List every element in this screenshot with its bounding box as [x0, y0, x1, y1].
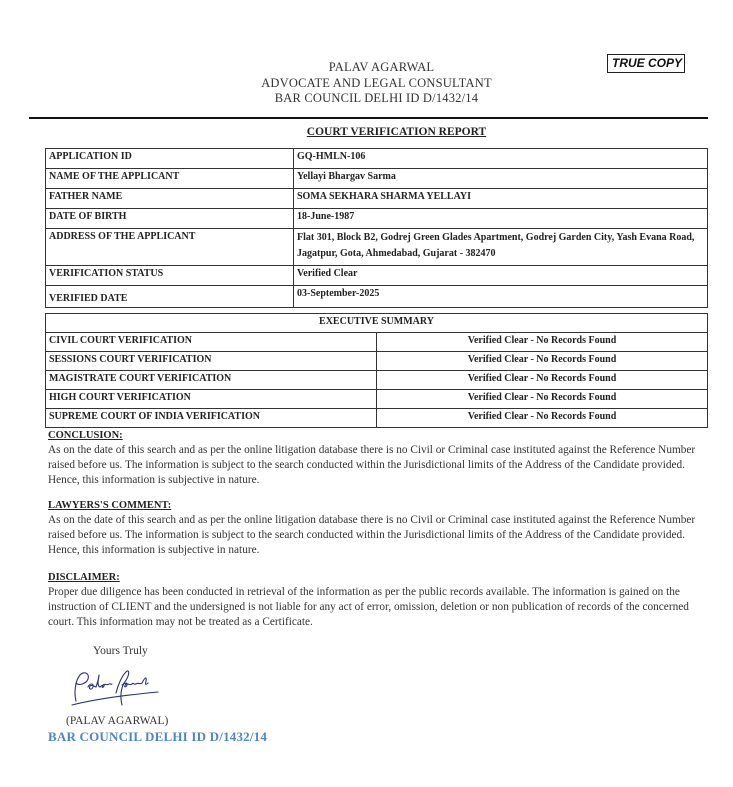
table-row: FATHER NAME SOMA SEKHARA SHARMA YELLAYI	[46, 189, 708, 209]
row-label: ADDRESS OF THE APPLICANT	[46, 229, 294, 266]
signer-name: (PALAV AGARWAL)	[66, 715, 168, 727]
row-label: HIGH COURT VERIFICATION	[46, 390, 377, 409]
row-label: SESSIONS COURT VERIFICATION	[46, 352, 377, 371]
signature-icon	[66, 665, 166, 710]
row-label: MAGISTRATE COURT VERIFICATION	[46, 371, 377, 390]
address-value: Flat 301, Block B2, Godrej Green Glades …	[294, 229, 708, 266]
executive-summary-title: EXECUTIVE SUMMARY	[46, 314, 708, 333]
bar-council-id: BAR COUNCIL DELHI ID D/1432/14	[0, 91, 733, 107]
table-row: CIVIL COURT VERIFICATION Verified Clear …	[46, 333, 708, 352]
row-value: Verified Clear - No Records Found	[377, 409, 708, 428]
row-label: FATHER NAME	[46, 189, 294, 209]
date-of-birth-value: 18-June-1987	[294, 209, 708, 229]
row-value: Verified Clear - No Records Found	[377, 390, 708, 409]
table-row: DATE OF BIRTH 18-June-1987	[46, 209, 708, 229]
table-row: MAGISTRATE COURT VERIFICATION Verified C…	[46, 371, 708, 390]
row-label: CIVIL COURT VERIFICATION	[46, 333, 377, 352]
row-label: NAME OF THE APPLICANT	[46, 169, 294, 189]
row-label: VERIFIED DATE	[46, 286, 294, 308]
report-title: COURT VERIFICATION REPORT	[0, 126, 733, 138]
conclusion-heading: CONCLUSION:	[48, 430, 708, 441]
disclaimer-section: DISCLAIMER: Proper due diligence has bee…	[48, 572, 708, 631]
conclusion-text: As on the date of this search and as per…	[48, 443, 708, 489]
table-row: VERIFICATION STATUS Verified Clear	[46, 266, 708, 286]
father-name-value: SOMA SEKHARA SHARMA YELLAYI	[294, 189, 708, 209]
lawyers-comment-section: LAWYERS'S COMMENT: As on the date of thi…	[48, 500, 708, 559]
executive-summary-table: EXECUTIVE SUMMARY CIVIL COURT VERIFICATI…	[45, 313, 708, 428]
row-label: APPLICATION ID	[46, 149, 294, 169]
row-value: Verified Clear - No Records Found	[377, 333, 708, 352]
header-divider	[29, 117, 708, 119]
applicant-details-table: APPLICATION ID GQ-HMLN-106 NAME OF THE A…	[45, 148, 708, 308]
row-value: Verified Clear - No Records Found	[377, 352, 708, 371]
table-row: NAME OF THE APPLICANT Yellayi Bhargav Sa…	[46, 169, 708, 189]
disclaimer-heading: DISCLAIMER:	[48, 572, 708, 583]
lawyers-comment-text: As on the date of this search and as per…	[48, 513, 708, 559]
true-copy-stamp: TRUE COPY	[607, 54, 685, 73]
row-label: SUPREME COURT OF INDIA VERIFICATION	[46, 409, 377, 428]
disclaimer-text: Proper due diligence has been conducted …	[48, 585, 708, 631]
table-row: HIGH COURT VERIFICATION Verified Clear -…	[46, 390, 708, 409]
conclusion-section: CONCLUSION: As on the date of this searc…	[48, 430, 708, 489]
lawyers-comment-heading: LAWYERS'S COMMENT:	[48, 500, 708, 511]
table-row: ADDRESS OF THE APPLICANT Flat 301, Block…	[46, 229, 708, 266]
application-id-value: GQ-HMLN-106	[294, 149, 708, 169]
applicant-name-value: Yellayi Bhargav Sarma	[294, 169, 708, 189]
table-row: VERIFIED DATE 03-September-2025	[46, 286, 708, 308]
row-label: VERIFICATION STATUS	[46, 266, 294, 286]
verification-status-value: Verified Clear	[294, 266, 708, 286]
row-value: Verified Clear - No Records Found	[377, 371, 708, 390]
table-row: APPLICATION ID GQ-HMLN-106	[46, 149, 708, 169]
table-row: SUPREME COURT OF INDIA VERIFICATION Veri…	[46, 409, 708, 428]
row-label: DATE OF BIRTH	[46, 209, 294, 229]
closing-salutation: Yours Truly	[93, 645, 148, 657]
verified-date-value: 03-September-2025	[294, 286, 708, 308]
signer-bar-council-id: BAR COUNCIL DELHI ID D/1432/14	[48, 729, 267, 745]
advocate-designation: ADVOCATE AND LEGAL CONSULTANT	[0, 76, 733, 92]
table-row: SESSIONS COURT VERIFICATION Verified Cle…	[46, 352, 708, 371]
table-header-row: EXECUTIVE SUMMARY	[46, 314, 708, 333]
